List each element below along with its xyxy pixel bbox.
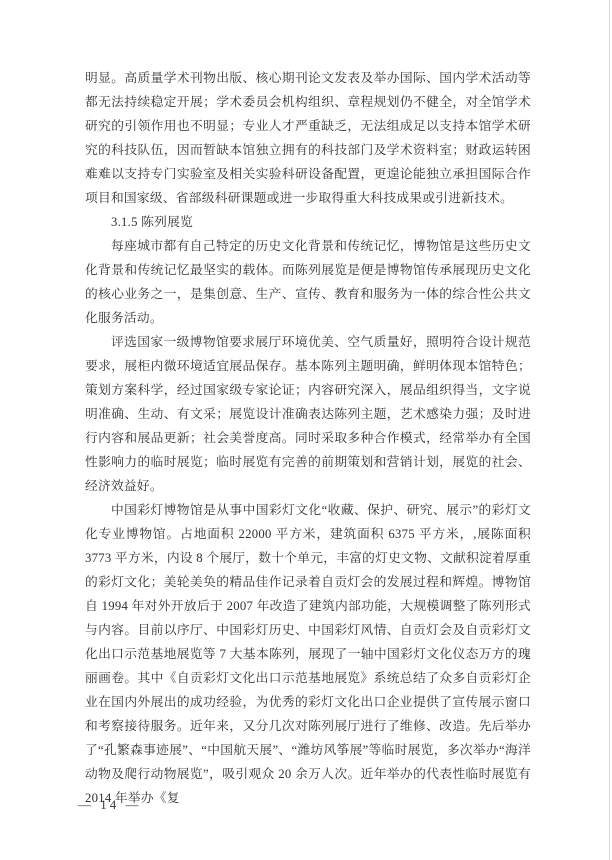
paragraph: 每座城市都有自己特定的历史文化背景和传统记忆，博物馆是这些历史文化背景和传统记忆…: [85, 234, 531, 330]
page-number: — 14 —: [78, 797, 142, 813]
paragraph: 中国彩灯博物馆是从事中国彩灯文化“收藏、保护、研究、展示”的彩灯文化专业博物馆。…: [85, 498, 531, 810]
paragraph-continuation: 明显。高质量学术刊物出版、核心期刊论文发表及举办国际、国内学术活动等都无法持续稳…: [85, 66, 531, 210]
page-body-text: 明显。高质量学术刊物出版、核心期刊论文发表及举办国际、国内学术活动等都无法持续稳…: [85, 66, 531, 810]
page-right-edge: [609, 0, 610, 860]
document-page: 明显。高质量学术刊物出版、核心期刊论文发表及举办国际、国内学术活动等都无法持续稳…: [0, 0, 612, 860]
section-heading: 3.1.5 陈列展览: [85, 210, 531, 234]
paragraph: 评选国家一级博物馆要求展厅环境优美、空气质量好，照明符合设计规范要求，展柜内微环…: [85, 330, 531, 498]
